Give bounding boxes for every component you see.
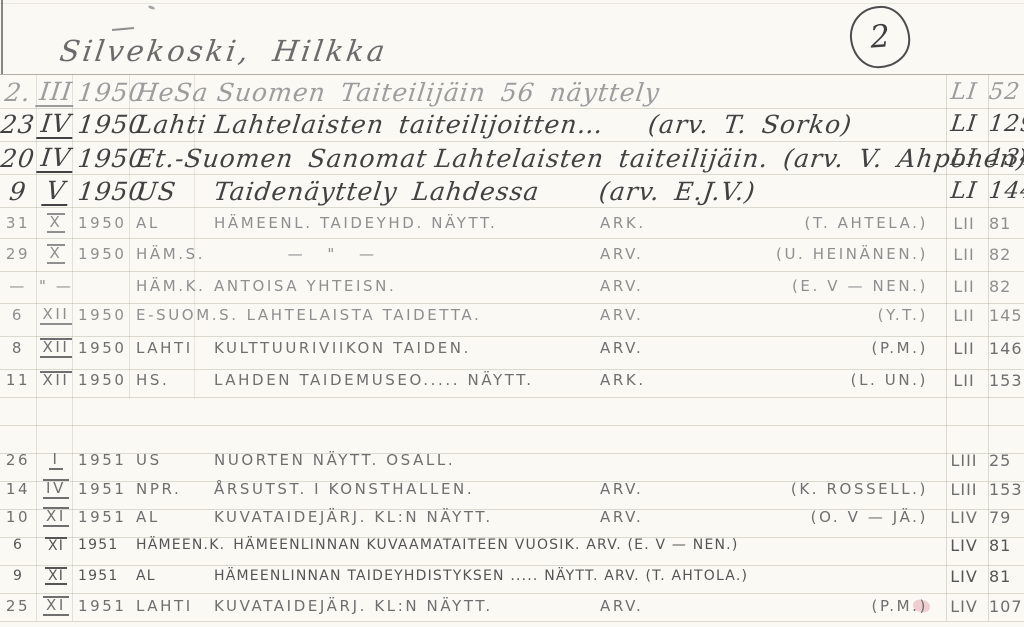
cell-reviewer: (P.M.) (872, 597, 929, 615)
cell-page-ref: 81 (989, 536, 1024, 555)
month-roman-numeral: XII (40, 371, 73, 389)
cell-title: LAHDEN TAIDEMUSEO..... NÄYTT. (206, 371, 534, 389)
cell-title: Lahtelaisten taiteilijäin. (arv. V. Ahpo… (426, 144, 1024, 173)
table-row: 10 XI 1951 AL KUVATAIDEJÄRJ. KL:N NÄYTT.… (0, 503, 1024, 531)
table-row: 11 XII 1950 HS. LAHDEN TAIDEMUSEO..... N… (0, 366, 1024, 394)
month-roman-numeral: X (47, 244, 66, 264)
ruled-line-horizontal (0, 3, 1024, 4)
month-roman-numeral: IV (36, 145, 75, 173)
month-roman-numeral: IV (36, 111, 75, 139)
cell-month: IV (34, 109, 78, 139)
table-row: 8 XII 1950 LAHTI KULTTUURIVIIKON TAIDEN.… (0, 334, 1024, 362)
cell-review-abbrev: ARK. (600, 371, 646, 389)
cell-volume-ref: LIV (941, 567, 987, 586)
cell-day: 8 (0, 339, 36, 357)
cell-page-ref: 79 (989, 508, 1024, 527)
ruled-line-horizontal (0, 207, 1024, 208)
cell-month: I (36, 450, 76, 470)
cell-month: IV (36, 479, 76, 499)
cell-year: 1950 (76, 245, 136, 263)
cell-source: US (136, 451, 206, 469)
cell-day: 23 (0, 110, 38, 139)
cell-month: IV (34, 143, 78, 173)
stray-pencil-dot (148, 5, 156, 10)
cell-day: — (0, 277, 36, 295)
ruled-line-horizontal (0, 397, 1024, 398)
cell-day: 14 (0, 480, 36, 498)
cell-reviewer: (L. UN.) (851, 371, 928, 389)
month-roman-numeral: XII (40, 338, 73, 358)
cell-year: 1951 (76, 508, 136, 526)
cell-title: Lahtelaisten taiteilijoitten… (arv. T. S… (205, 110, 854, 139)
cell-source: AL (136, 214, 206, 232)
cell-page-ref: 81 (989, 567, 1024, 586)
cell-title: Taidenäyttely Lahdessa (arv. E.J.V.) (204, 177, 757, 206)
month-roman-numeral: III (35, 79, 77, 107)
cell-year: 1950 (74, 177, 138, 206)
month-roman-numeral: XII (40, 307, 73, 325)
cell-title: Suomen Taiteilijäin 56 näyttely (207, 78, 661, 107)
cell-month: V (34, 176, 78, 206)
cell-review-abbrev: ARV. (600, 277, 643, 295)
ruled-line-horizontal (0, 74, 1024, 75)
page-number: 2 (869, 18, 891, 55)
cell-source: HÄMEEN.K. (136, 537, 225, 553)
cell-title: HÄMEENL. TAIDEYHD. NÄYTT. (206, 214, 497, 232)
cell-reviewer: (K. ROSSELL.) (791, 480, 928, 498)
table-row: 31 X 1950 AL HÄMEENL. TAIDEYHD. NÄYTT. A… (0, 209, 1024, 237)
month-roman-numeral: V (42, 178, 71, 206)
table-row: 2. III 1950 HeSa Suomen Taiteilijäin 56 … (0, 76, 1024, 108)
cell-volume-ref: LII (941, 277, 987, 296)
cell-day: 25 (0, 597, 36, 615)
cell-day: 20 (0, 144, 38, 173)
cell-page-ref: 82 (989, 245, 1024, 264)
cell-month: XI (36, 567, 76, 586)
cell-page-ref: 82 (989, 277, 1024, 296)
cell-day: 11 (0, 371, 36, 389)
cell-review-abbrev: ARV. (600, 339, 643, 357)
cell-reviewer: (U. HEINÄNEN.) (776, 245, 928, 263)
cell-year: 1950 (76, 371, 136, 389)
cell-page-ref: 145 (989, 306, 1024, 325)
cell-review-abbrev: ARV. (600, 597, 643, 615)
cell-day: 2. (0, 78, 38, 107)
cell-volume-ref: LIV (941, 508, 987, 527)
cell-volume-ref: LI (939, 79, 988, 105)
cell-day: 9 (0, 568, 36, 584)
month-roman-numeral: X (47, 213, 66, 233)
cell-title: KUVATAIDEJÄRJ. KL:N NÄYTT. (206, 508, 493, 526)
table-row: 20 IV 1950 Et.-Suomen Sanomat Lahtelaist… (0, 142, 1024, 174)
month-roman-numeral: " — (36, 279, 76, 295)
cell-day: 10 (0, 508, 36, 526)
card-left-edge-line (1, 0, 3, 74)
cell-volume-ref: LII (941, 339, 987, 358)
index-card-scan: Silvekoski, Hilkka 2 2. III 1950 HeSa Su… (0, 0, 1024, 627)
cell-review-abbrev: ARV. (600, 306, 643, 324)
cell-review-abbrev: ARV. (600, 508, 643, 526)
cell-month: XI (36, 596, 76, 616)
cell-source: E-SUOM.S. (136, 306, 239, 324)
cell-page-ref: 25 (989, 451, 1024, 470)
month-roman-numeral: XI (45, 567, 67, 586)
cell-page-ref: 107 (989, 597, 1024, 616)
cell-volume-ref: LIV (941, 597, 987, 616)
month-roman-numeral: XI (45, 537, 67, 554)
cell-title: ÅRSUTST. I KONSTHALLEN. (206, 480, 474, 498)
cell-month: X (36, 244, 76, 264)
cell-volume-ref: LII (941, 245, 987, 264)
cell-year: 1951 (76, 537, 136, 553)
ruled-line-horizontal (0, 425, 1024, 426)
cell-title: — " — (206, 245, 377, 263)
cell-year: 1951 (76, 597, 136, 615)
cell-title: LAHTELAISTA TAIDETTA. (239, 306, 482, 324)
cell-day: 6 (0, 306, 36, 324)
page-number-badge: 2 (848, 4, 912, 70)
cell-page-ref: 52 (987, 79, 1024, 105)
cell-year: 1951 (76, 451, 136, 469)
cell-year: 1950 (76, 214, 136, 232)
cell-source: HeSa (134, 78, 210, 107)
ruled-line-horizontal (0, 238, 1024, 239)
cell-day: 6 (0, 537, 36, 553)
cell-year: 1950 (76, 339, 136, 357)
month-roman-numeral: IV (43, 479, 69, 499)
cell-volume-ref: LI (939, 178, 988, 204)
cell-source: AL (136, 508, 206, 526)
stray-pencil-dash (112, 27, 134, 31)
cell-day: 26 (0, 451, 36, 469)
cell-page-ref: 134 (987, 145, 1024, 171)
table-row: 9 XI 1951 AL HÄMEENLINNAN TAIDEYHDISTYKS… (0, 562, 1024, 590)
cell-volume-ref: LIII (941, 451, 987, 470)
cell-review-abbrev: ARK. (600, 214, 646, 232)
cell-year: 1950 (74, 144, 138, 173)
cell-month: XI (36, 507, 76, 527)
cell-title: HÄMEENLINNAN TAIDEYHDISTYKSEN ..... NÄYT… (206, 568, 748, 584)
cell-month: XII (36, 305, 76, 325)
cell-source: LAHTI (136, 339, 206, 357)
table-row: 23 IV 1950 Lahti Lahtelaisten taiteilijo… (0, 108, 1024, 140)
table-row: — " — HÄM.K. ANTOISA YHTEISN. ARV. (E. V… (0, 272, 1024, 300)
cell-month: XI (36, 537, 76, 554)
cell-page-ref: 153 (989, 480, 1024, 499)
cell-review-abbrev: ARV. (600, 480, 643, 498)
card-header-name: Silvekoski, Hilkka (58, 34, 390, 68)
cell-page-ref: 81 (989, 214, 1024, 233)
cell-year: 1950 (74, 78, 138, 107)
cell-volume-ref: LII (941, 306, 987, 325)
cell-volume-ref: LIV (941, 536, 987, 555)
cell-title: ANTOISA YHTEISN. (206, 277, 396, 295)
cell-source: HÄM.S. (136, 245, 206, 263)
month-roman-numeral: I (49, 452, 62, 470)
cell-title: KUVATAIDEJÄRJ. KL:N NÄYTT. (206, 597, 493, 615)
cell-page-ref: 144 (987, 178, 1024, 204)
cell-volume-ref: LIII (941, 480, 987, 499)
cell-month: XII (36, 371, 76, 389)
month-roman-numeral: XI (43, 507, 69, 527)
cell-source: HÄM.K. (136, 277, 206, 295)
cell-page-ref: 129 (987, 111, 1024, 137)
cell-reviewer: (O. V — JÄ.) (811, 508, 928, 526)
table-row: 29 X 1950 HÄM.S. — " — ARV. (U. HEINÄNEN… (0, 240, 1024, 268)
cell-day: 31 (0, 214, 36, 232)
cell-year: 1951 (76, 568, 136, 584)
table-row: 6 XII 1950 E-SUOM.S. LAHTELAISTA TAIDETT… (0, 301, 1024, 329)
cell-reviewer: (P.M.) (872, 339, 929, 357)
cell-year: 1951 (76, 480, 136, 498)
cell-source: AL (136, 568, 206, 584)
cell-month: X (36, 213, 76, 233)
cell-reviewer: (Y.T.) (878, 306, 928, 324)
cell-reviewer: (T. AHTELA.) (805, 214, 928, 232)
ruled-line-horizontal (0, 621, 1024, 622)
table-row: 26 I 1951 US NUORTEN NÄYTT. OSALL. LIII … (0, 446, 1024, 474)
cell-title: HÄMEENLINNAN KUVAAMATAITEEN VUOSIK. ARV.… (225, 537, 738, 553)
cell-year: 1950 (74, 110, 138, 139)
table-row: 9 V 1950 US Taidenäyttely Lahdessa (arv.… (0, 175, 1024, 207)
cell-page-ref: 153 (989, 371, 1024, 390)
cell-source: NPR. (136, 480, 206, 498)
cell-review-abbrev: ARV. (600, 245, 643, 263)
cell-source: HS. (136, 371, 206, 389)
cell-source: LAHTI (136, 597, 206, 615)
cell-volume-ref: LII (941, 214, 987, 233)
cell-source: Et.-Suomen Sanomat (134, 144, 429, 173)
cell-volume-ref: LII (941, 371, 987, 390)
table-row: 14 IV 1951 NPR. ÅRSUTST. I KONSTHALLEN. … (0, 475, 1024, 503)
cell-volume-ref: LI (939, 111, 988, 137)
cell-title: KULTTUURIVIIKON TAIDEN. (206, 339, 471, 357)
table-row: 25 XI 1951 LAHTI KUVATAIDEJÄRJ. KL:N NÄY… (0, 592, 1024, 620)
cell-year: 1950 (76, 306, 136, 324)
cell-volume-ref: LI (939, 145, 988, 171)
cell-day: 29 (0, 245, 36, 263)
cell-reviewer: (E. V — NEN.) (792, 277, 928, 295)
cell-page-ref: 146 (989, 339, 1024, 358)
cell-month: " — (36, 277, 76, 295)
cell-day: 9 (0, 177, 38, 206)
cell-title: NUORTEN NÄYTT. OSALL. (206, 451, 455, 469)
table-row: 6 XI 1951 HÄMEEN.K. HÄMEENLINNAN KUVAAMA… (0, 531, 1024, 559)
cell-source: Lahti (134, 110, 208, 139)
cell-month: III (34, 77, 78, 107)
cell-source: US (134, 177, 208, 206)
cell-month: XII (36, 338, 76, 358)
month-roman-numeral: XI (43, 596, 69, 616)
